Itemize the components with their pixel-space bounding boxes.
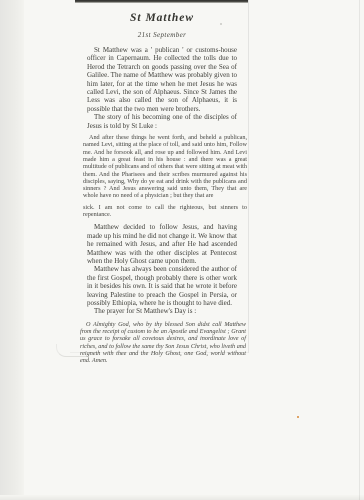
text-column: St Matthew 21st September St Matthew was… [87,12,237,365]
feast-date-heading: 21st September [87,31,237,39]
scanner-bed-bottom-strip [0,495,364,500]
paragraph-intro: St Matthew was a ' publican ' or customs… [87,46,237,113]
paragraph-decision: Matthew decided to follow Jesus, and hav… [87,223,237,265]
luke-quote-part2: sick. I am not come to call the righteou… [83,204,247,219]
luke-quote-part1: And after these things he went forth, an… [83,134,247,200]
page-title: St Matthew [87,12,237,24]
collect-prayer-block: O Almighty God, who by thy blessed Son d… [80,321,246,365]
paragraph-story-lead: The story of his becoming one of the dis… [87,113,237,130]
paragraph-prayer-lead: The prayer for St Matthew's Day is : [87,307,237,315]
luke-quote-block: And after these things he went forth, an… [83,134,247,218]
paragraph-gospel-author: Matthew has always been considered the a… [87,265,237,307]
scanned-book-page: St Matthew 21st September St Matthew was… [0,0,364,500]
scan-speck [297,416,299,418]
page-top-edge [75,0,248,3]
backing-sheet-right-edge [359,0,360,500]
page-right-edge [248,0,249,353]
scanner-bed-left-strip [0,0,24,500]
